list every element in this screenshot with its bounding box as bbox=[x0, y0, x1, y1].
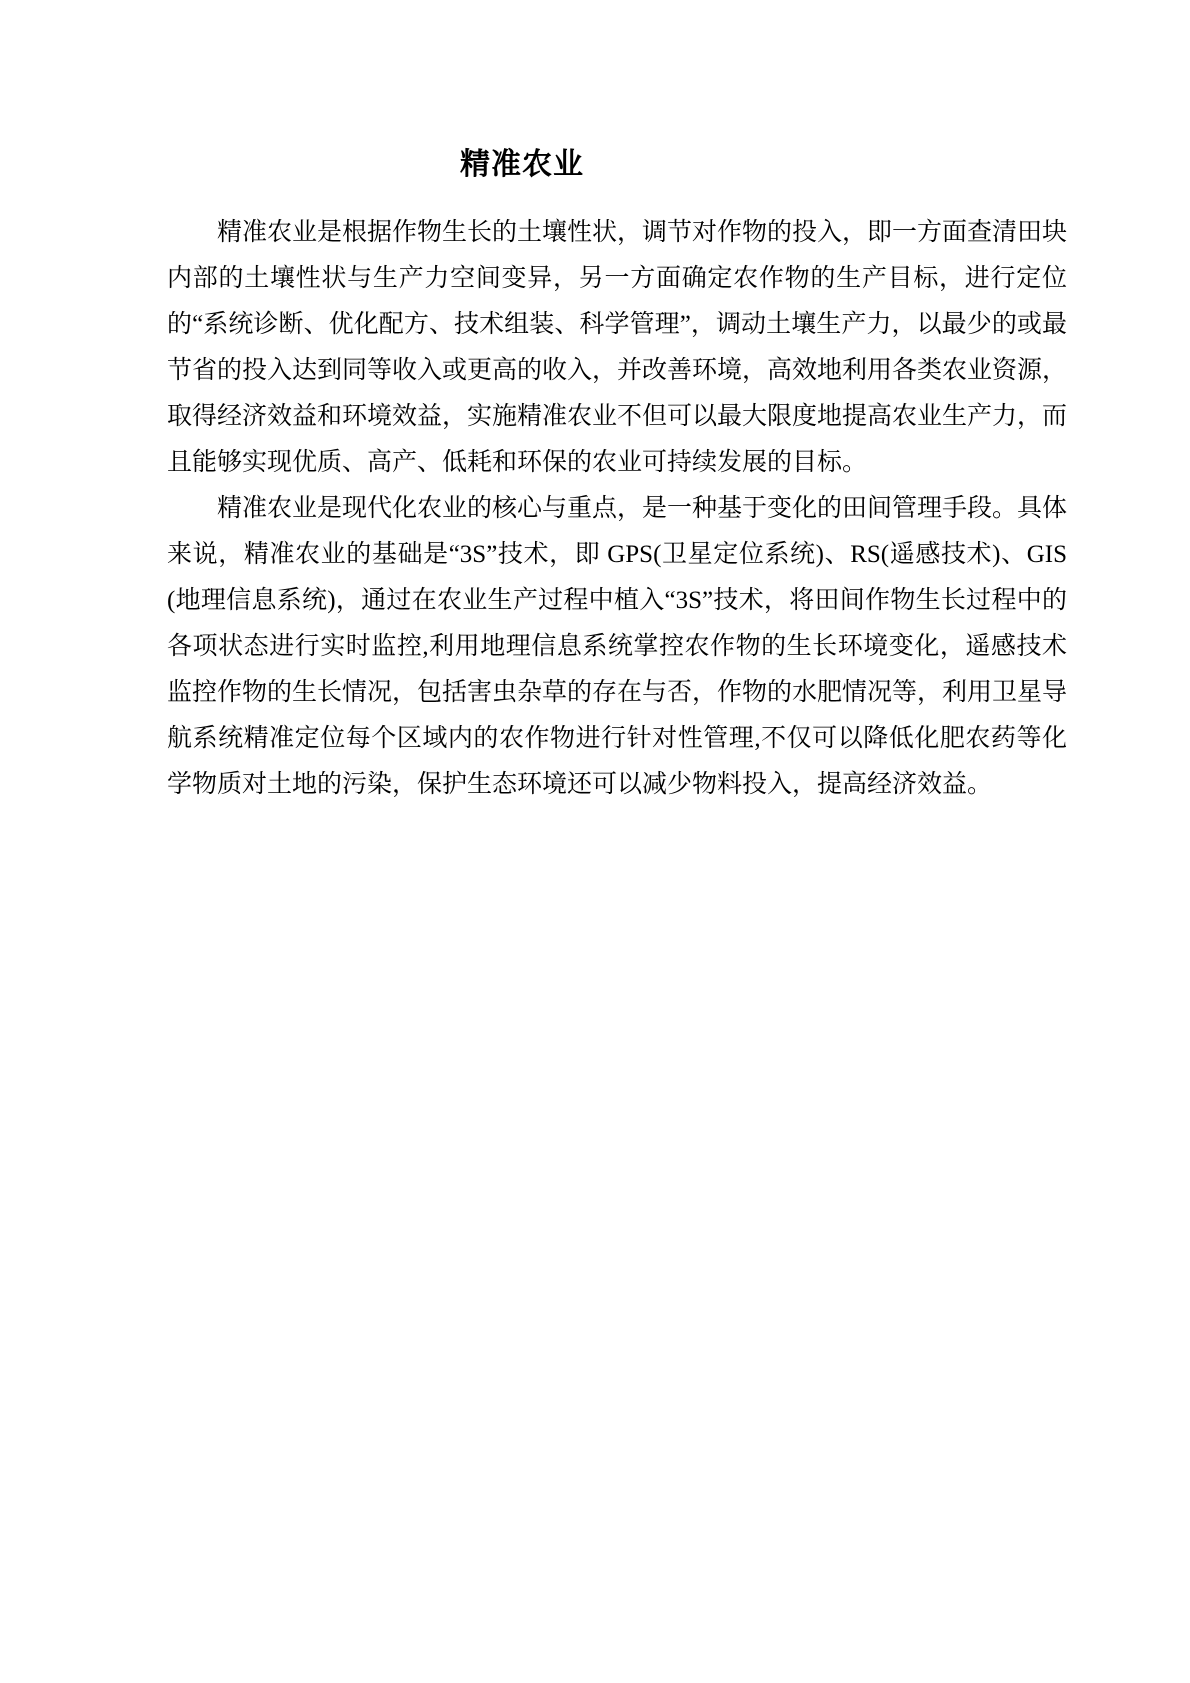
paragraph-3s-technology: 精准农业是现代化农业的核心与重点，是一种基于变化的田间管理手段。具体来说，精准农… bbox=[167, 486, 1067, 808]
paragraph-precision-agriculture-definition: 精准农业是根据作物生长的土壤性状，调节对作物的投入，即一方面查清田块内部的土壤性… bbox=[167, 210, 1067, 486]
document-title: 精准农业 bbox=[167, 145, 1067, 185]
document-page: 精准农业 精准农业是根据作物生长的土壤性状，调节对作物的投入，即一方面查清田块内… bbox=[0, 0, 1190, 1683]
